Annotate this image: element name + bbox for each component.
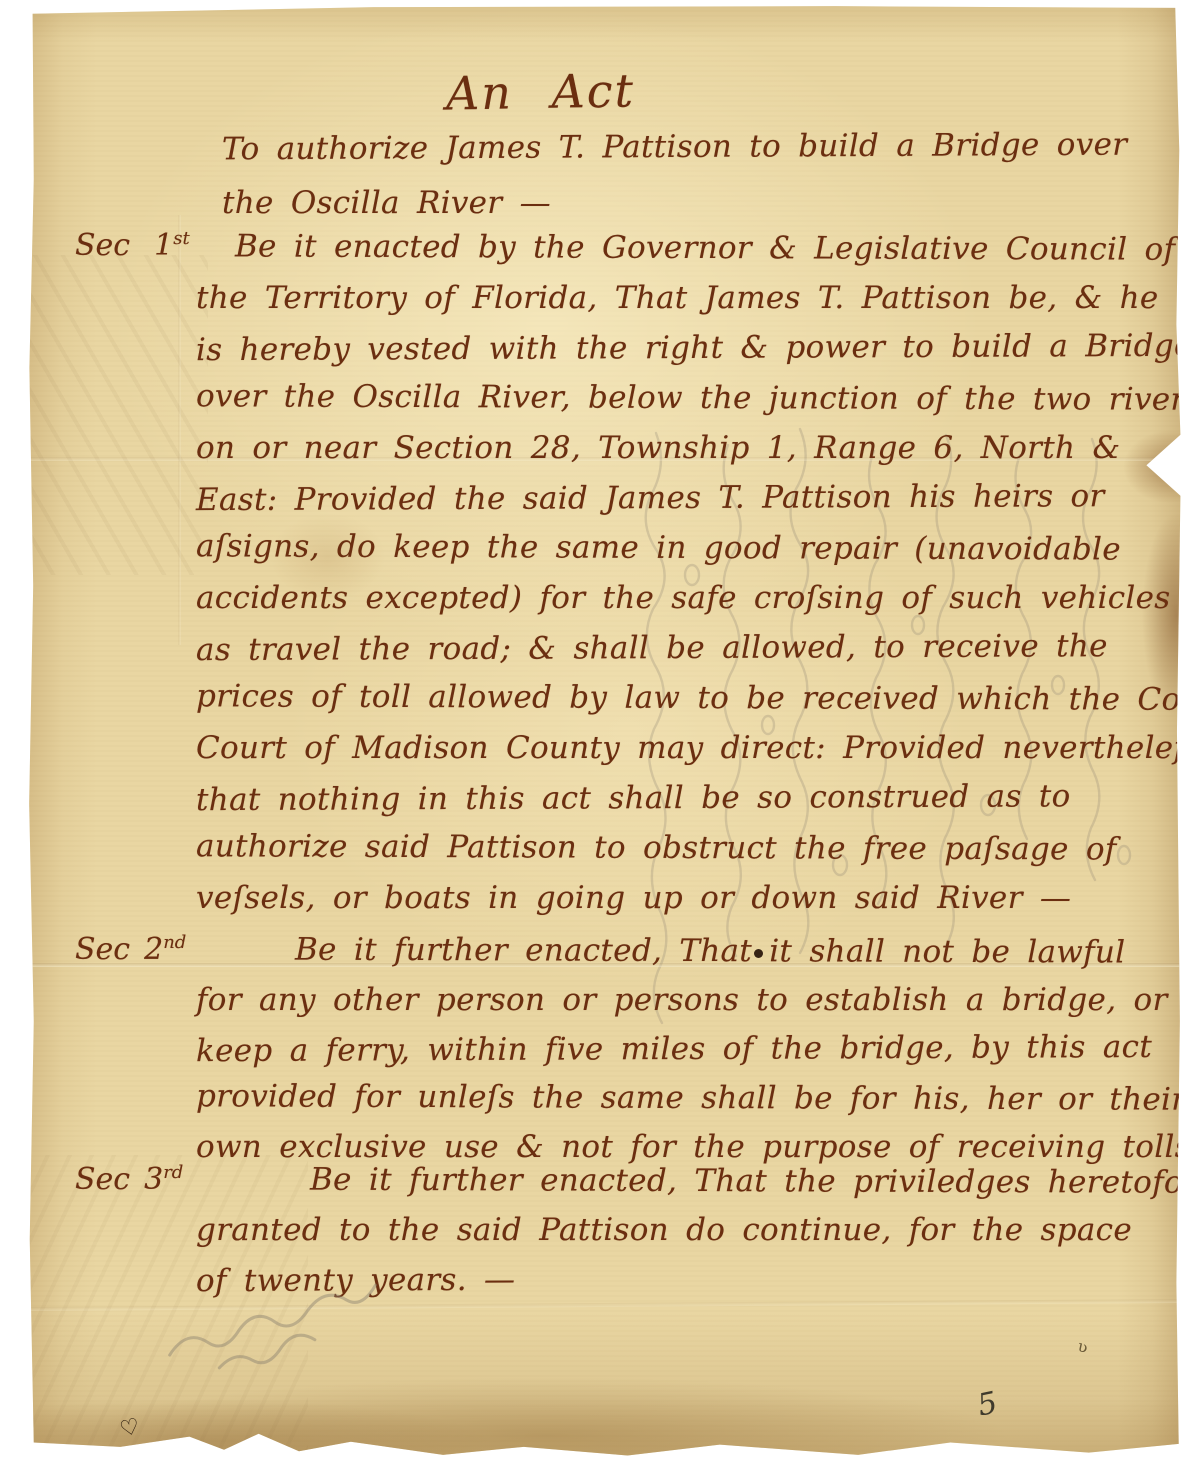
section-3: Sec3rd Be it further enacted, That the p…	[28, 1157, 1181, 1304]
section-number: 3	[144, 1162, 163, 1197]
manuscript-line: accidents excepted) for the safe croſsin…	[196, 573, 1181, 623]
section-2: Sec2nd Be it further enacted, That it sh…	[28, 927, 1181, 1172]
section-label-word: Sec	[75, 228, 130, 263]
section-1: Sec1st Be it enacted by the Governor & L…	[28, 223, 1181, 923]
page-number: 5	[975, 1385, 1001, 1423]
manuscript-line: that nothing in this act shall be so con…	[196, 771, 1181, 825]
manuscript-line: Be it further enacted, That it shall not…	[196, 925, 1181, 977]
manuscript-line: granted to the said Pattison do continue…	[196, 1206, 1181, 1255]
manuscript-line: aſsigns, do keep the same in good repair…	[196, 521, 1181, 574]
squiggle-ink-mark: ʋ	[1076, 1336, 1089, 1357]
section-label-word: Sec	[75, 1162, 130, 1197]
manuscript-line: over the Oscilla River, below the juncti…	[196, 371, 1181, 424]
manuscript-line: East: Provided the said James T. Pattiso…	[196, 471, 1181, 525]
section-number: 1	[154, 228, 173, 263]
manuscript-line: authorize said Pattison to obstruct the …	[196, 821, 1181, 874]
manuscript-page: An Act To authorize James T. Pattison to…	[28, 5, 1181, 1457]
section-ordinal: nd	[163, 932, 186, 953]
section-label: Sec3rd	[75, 1162, 183, 1197]
manuscript-line: Be it enacted by the Governor & Legislat…	[196, 221, 1181, 274]
manuscript-line: for any other person or persons to estab…	[196, 976, 1181, 1025]
manuscript-line: Court of Madison County may direct: Prov…	[196, 723, 1181, 773]
section-number: 2	[144, 932, 163, 967]
section-label: Sec2nd	[75, 932, 186, 967]
act-subtitle-line: To authorize James T. Pattison to build …	[222, 127, 1127, 168]
manuscript-line: keep a ferry, within five miles of the b…	[196, 1023, 1181, 1076]
section-label: Sec1st	[75, 228, 190, 263]
section-ordinal: st	[173, 228, 189, 249]
section-label-word: Sec	[75, 932, 130, 967]
manuscript-line: as travel the road; & shall be allowed, …	[196, 621, 1181, 675]
manuscript-line: on or near Section 28, Township 1, Range…	[196, 423, 1181, 473]
manuscript-line: is hereby vested with the right & power …	[196, 321, 1181, 375]
manuscript-line: veſsels, or boats in going up or down sa…	[196, 873, 1181, 923]
manuscript-line: prices of toll allowed by law to be rece…	[196, 671, 1181, 724]
ink-blot	[754, 949, 763, 958]
manuscript-line: Be it further enacted, That the priviled…	[196, 1155, 1181, 1207]
section-ordinal: rd	[163, 1162, 183, 1183]
act-title: An Act	[446, 63, 636, 120]
manuscript-line: the Territory of Florida, That James T. …	[196, 273, 1181, 323]
scan-background: An Act To authorize James T. Pattison to…	[0, 0, 1200, 1476]
manuscript-line: provided for unleſs the same shall be fo…	[196, 1072, 1181, 1124]
act-subtitle-line: the Oscilla River —	[222, 185, 551, 221]
